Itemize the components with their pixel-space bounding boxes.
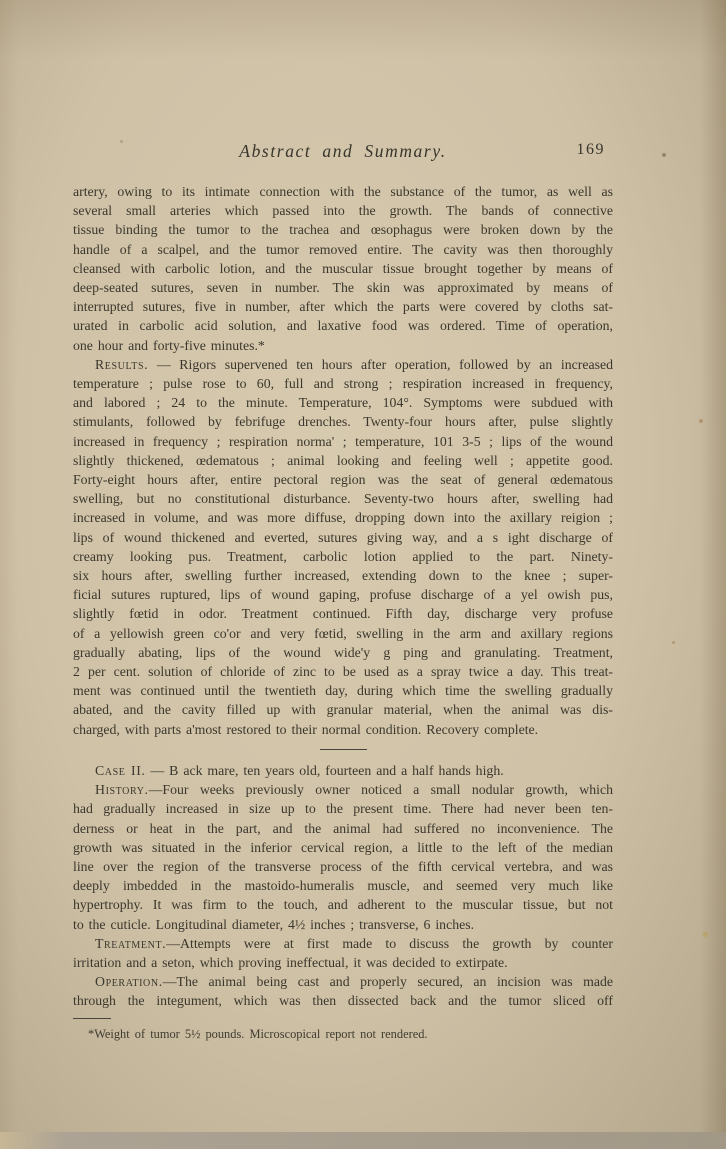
small-caps-lead: Operation. [95,974,163,989]
text-line: gradually abating, lips of the wound wid… [73,643,613,662]
text-line: lips of wound thickened and everted, sut… [73,528,613,547]
text-line: History.—Four weeks previously owner not… [73,780,613,799]
text-line: handle of a scalpel, and the tumor remov… [73,240,613,259]
text-line: increased in volume, and was more diffus… [73,508,613,527]
text-line: hypertrophy. It was firm to the touch, a… [73,895,613,914]
text-line: charged, with parts a'most restored to t… [73,720,613,739]
text-line: slightly thickened, œdematous ; animal l… [73,451,613,470]
paper-speck [703,932,708,937]
text-line: derness or heat in the part, and the ani… [73,819,613,838]
paper-speck [672,641,675,644]
text-line: and labored ; 24 to the minute. Temperat… [73,393,613,412]
text-line: irritation and a seton, which proving in… [73,953,613,972]
text-line: growth was situated in the inferior cerv… [73,838,613,857]
page-title: Abstract and Summary. [73,141,613,162]
small-caps-lead: Results. [95,357,148,372]
text-line: Results. — Rigors supervened ten hours a… [73,355,613,374]
text-line: Treatment.—Attempts were at first made t… [73,934,613,953]
section-divider [73,739,613,761]
divider-rule [320,749,367,750]
small-caps-lead: Treatment. [95,936,166,951]
text-line: had gradually increased in size up to th… [73,799,613,818]
text-line: artery, owing to its intimate connection… [73,182,613,201]
text-line: Case II. — B ack mare, ten years old, fo… [73,761,613,780]
text-line: ment was continued until the twentieth d… [73,681,613,700]
body-text: artery, owing to its intimate connection… [73,182,613,1011]
paper-speck [120,140,123,143]
footnote-rule [73,1018,111,1019]
paragraph-operation: Operation.—The animal being cast and pro… [73,972,613,1010]
text-line: tissue binding the tumor to the trachea … [73,220,613,239]
footnote-text: *Weight of tumor 5½ pounds. Microscopica… [73,1027,613,1042]
text-line: 2 per cent. solution of chloride of zinc… [73,662,613,681]
paragraph-treatment: Treatment.—Attempts were at first made t… [73,934,613,972]
running-head: Abstract and Summary. 169 [73,141,613,165]
text-line: line over the region of the transverse p… [73,857,613,876]
small-caps-lead: History. [95,782,149,797]
text-line: Forty-eight hours after, entire pectoral… [73,470,613,489]
paragraph-results: Results. — Rigors supervened ten hours a… [73,355,613,739]
text-line: stimulants, followed by febrifuge drench… [73,412,613,431]
footnote-block: *Weight of tumor 5½ pounds. Microscopica… [73,1018,613,1042]
text-line: ficial sutures ruptured, lips of wound g… [73,585,613,604]
paragraph-history: History.—Four weeks previously owner not… [73,780,613,934]
text-line: interrupted sutures, five in number, aft… [73,297,613,316]
text-line: one hour and forty-five minutes.* [73,336,613,355]
text-line: Operation.—The animal being cast and pro… [73,972,613,991]
text-line: abated, and the cavity filled up with gr… [73,700,613,719]
text-line: six hours after, swelling further increa… [73,566,613,585]
page-content: Abstract and Summary. 169 artery, owing … [73,141,613,1042]
text-line: slightly fœtid in odor. Treatment contin… [73,604,613,623]
paragraph-case-2: Case II. — B ack mare, ten years old, fo… [73,761,613,780]
text-line: deep-seated sutures, seven in number. Th… [73,278,613,297]
text-line: deeply imbedded in the mastoido-humerali… [73,876,613,895]
text-line: of a yellowish green co'or and very fœti… [73,624,613,643]
text-line: urated in carbolic acid solution, and la… [73,316,613,335]
paper-speck [699,419,703,423]
scan-edge-band [0,1132,726,1149]
scanned-book-page: Abstract and Summary. 169 artery, owing … [0,0,726,1149]
text-line: through the integument, which was then d… [73,991,613,1010]
page-number: 169 [577,141,606,159]
text-line: several small arteries which passed into… [73,201,613,220]
text-line: creamy looking pus. Treatment, carbolic … [73,547,613,566]
paper-speck [662,153,666,157]
paragraph-operation-continued: artery, owing to its intimate connection… [73,182,613,355]
text-line: increased in frequency ; respiration nor… [73,432,613,451]
text-line: temperature ; pulse rose to 60, full and… [73,374,613,393]
text-line: swelling, but no constitutional disturba… [73,489,613,508]
text-line: to the cuticle. Longitudinal diameter, 4… [73,915,613,934]
small-caps-lead: Case II. [95,763,145,778]
text-line: cleansed with carbolic lotion, and the m… [73,259,613,278]
